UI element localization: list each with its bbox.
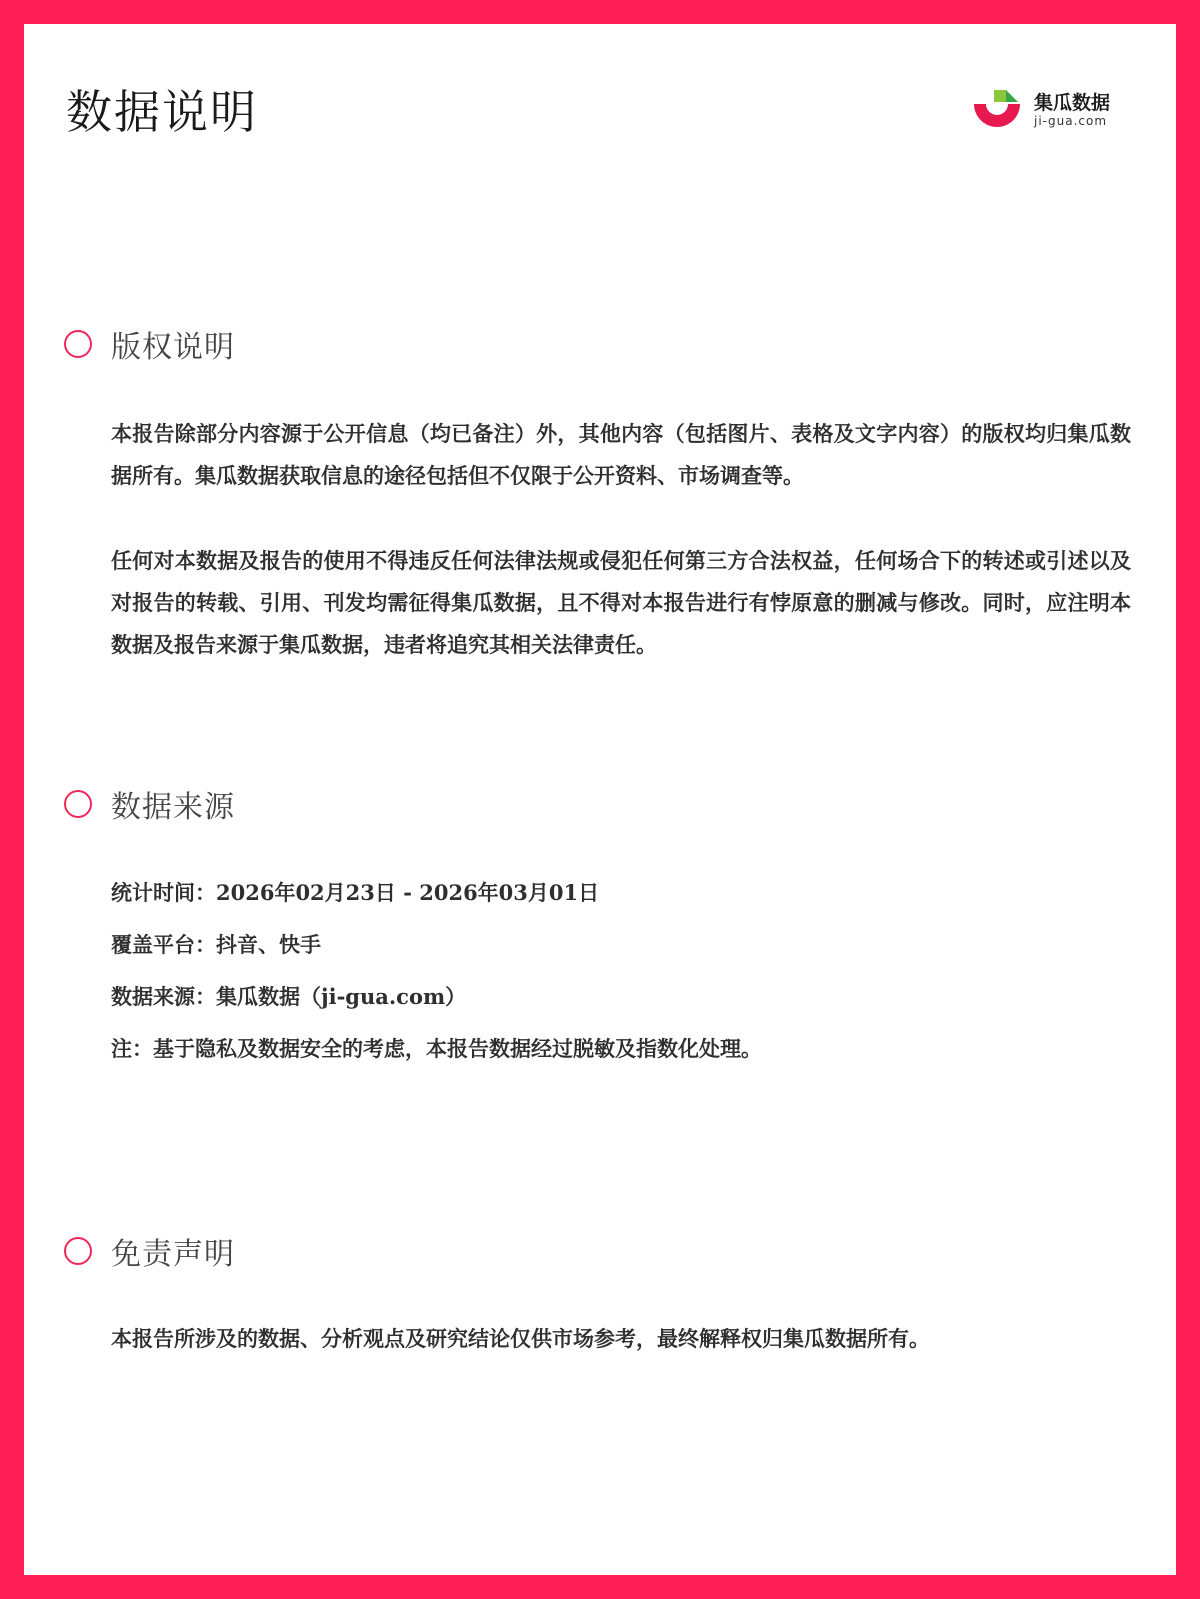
page-title: 数据说明 — [66, 82, 258, 142]
section-title: 数据来源 — [111, 788, 235, 828]
jigua-logo-icon — [972, 90, 1024, 130]
ring-icon — [64, 330, 92, 358]
stat-period: 统计时间：2026年02月23日 - 2026年03月01日 — [111, 878, 599, 908]
platforms: 覆盖平台：抖音、快手 — [111, 930, 321, 960]
copyright-paragraph-1: 本报告除部分内容源于公开信息（均已备注）外，其他内容（包括图片、表格及文字内容）… — [111, 413, 1131, 497]
report-page: 数据说明 集瓜数据 ji-gua.com 版权说明 本报告除部分内容源于公开信息… — [24, 24, 1176, 1575]
brand-logo: 集瓜数据 ji-gua.com — [972, 86, 1122, 134]
privacy-note: 注：基于隐私及数据安全的考虑，本报告数据经过脱敏及指数化处理。 — [111, 1034, 762, 1064]
section-title: 免责声明 — [111, 1235, 235, 1275]
logo-url: ji-gua.com — [1034, 114, 1107, 128]
section-title: 版权说明 — [111, 328, 235, 368]
ring-icon — [64, 790, 92, 818]
logo-name: 集瓜数据 — [1034, 88, 1110, 115]
ring-icon — [64, 1237, 92, 1265]
disclaimer-text: 本报告所涉及的数据、分析观点及研究结论仅供市场参考，最终解释权归集瓜数据所有。 — [111, 1324, 930, 1354]
copyright-paragraph-2: 任何对本数据及报告的使用不得违反任何法律法规或侵犯任何第三方合法权益，任何场合下… — [111, 540, 1131, 666]
data-source: 数据来源：集瓜数据（ji-gua.com） — [111, 982, 466, 1012]
